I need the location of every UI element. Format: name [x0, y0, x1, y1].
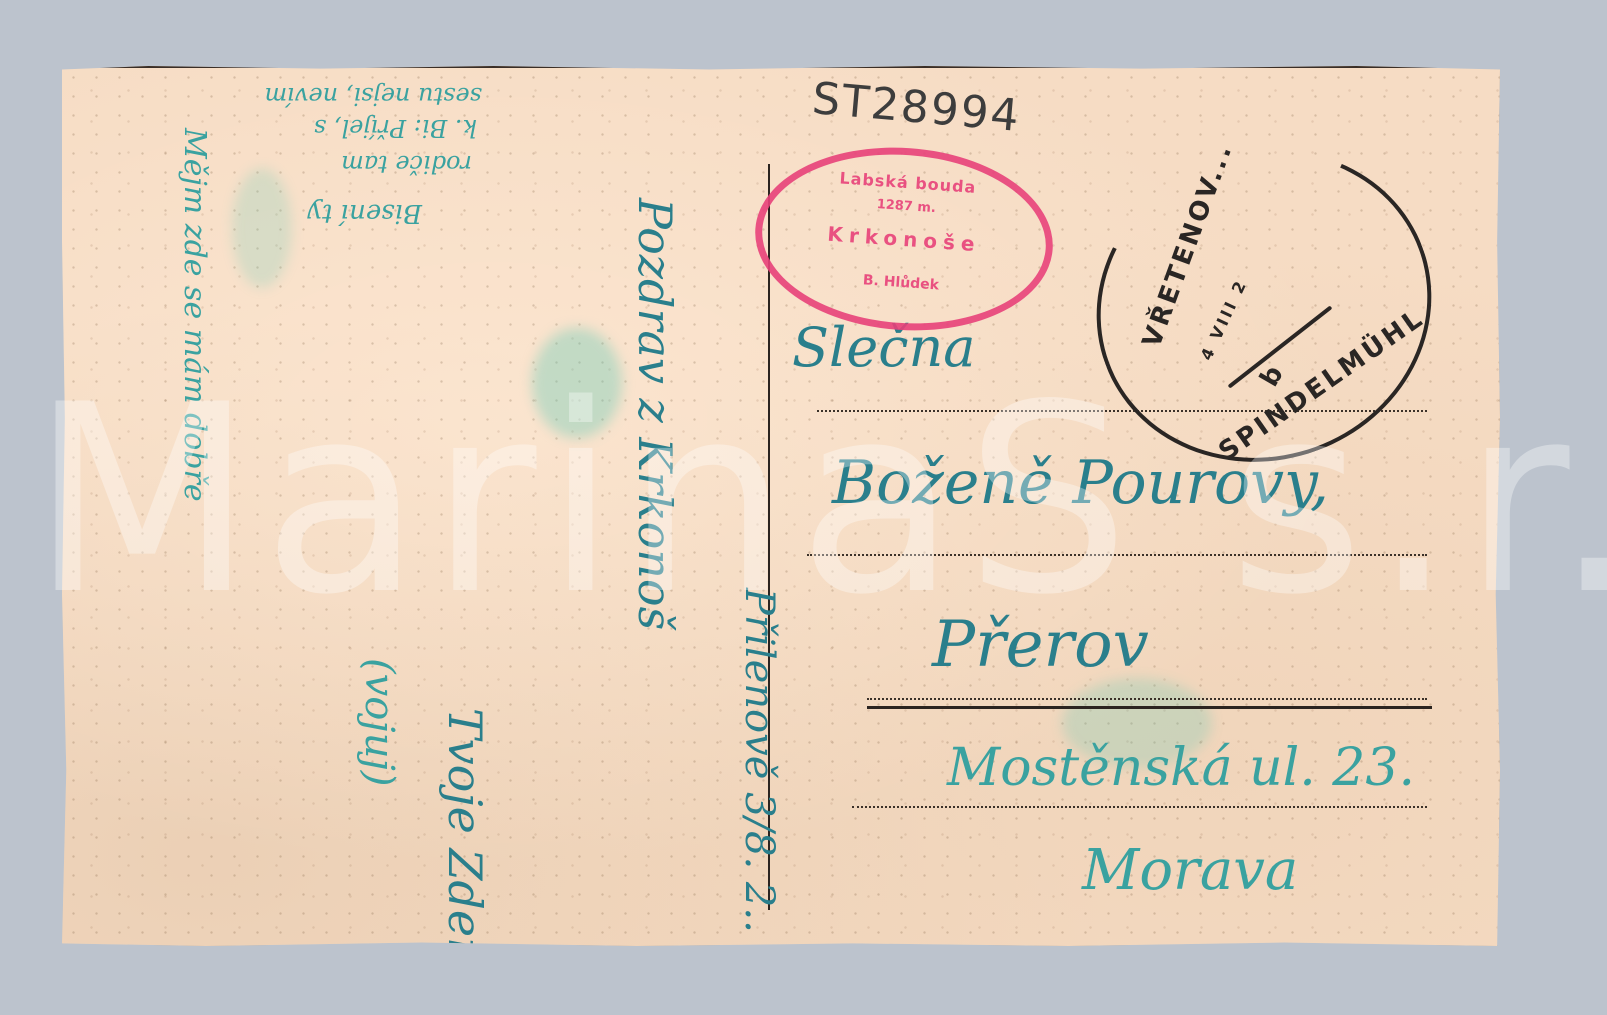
address-line: [867, 698, 1427, 700]
address-line: [852, 806, 1427, 808]
stamp-line-3: Krkonoše: [762, 217, 1047, 261]
upside-down-note: rodiče tam: [341, 150, 472, 178]
address-line-5: Morava: [1082, 838, 1298, 903]
stamp-line-4: B. Hlůdek: [759, 265, 1043, 301]
watermark: MarinaS s.r.o.: [30, 350, 1607, 652]
upside-down-note: sestu nejsi, nevím: [264, 82, 482, 110]
address-line-4: Mostěnská ul. 23.: [947, 738, 1415, 798]
upside-down-note: k. Bi: Příjel, s: [314, 114, 477, 142]
message-fragment: Tvoje Zdena: [438, 708, 492, 994]
upside-down-note: Bisení ty: [307, 198, 422, 228]
message-fragment: (vojuj): [356, 658, 402, 786]
address-underline: [867, 706, 1432, 709]
ink-blot: [232, 168, 292, 288]
